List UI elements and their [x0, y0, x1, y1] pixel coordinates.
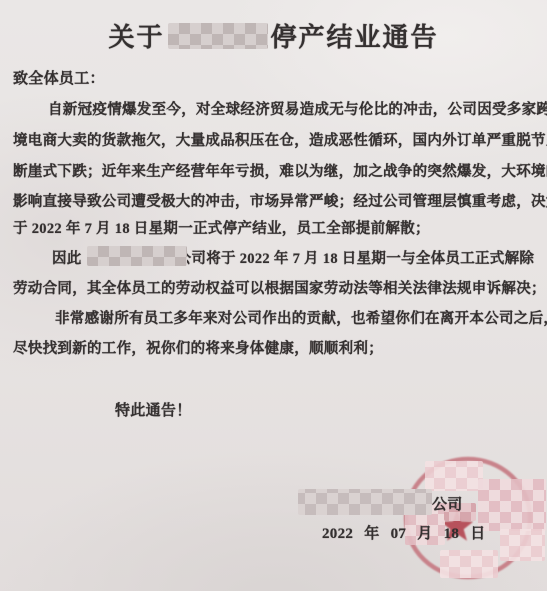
paragraph2-line1: 因此公司将于 2022 年 7 月 18 日星期一与全体员工正式解除 [52, 246, 534, 268]
paragraph2-line2: 劳动合同，其全体员工的劳动权益可以根据国家劳动法等相关法律法规申诉解决； [13, 277, 546, 298]
redacted-company-name-body [87, 246, 187, 266]
redacted-company-name-signature [298, 489, 432, 515]
paragraph1-line2: 境电商大卖的货款拖欠，大量成品积压在仓，造成恶性循环，国内外订单严重脱节呈 [13, 129, 547, 150]
seal-pixelation-right [478, 479, 546, 531]
paragraph1-line3: 断崖式下跌；近年来生产经营年年亏损，难以为继，加之战争的突然爆发，大环境的 [13, 160, 547, 181]
seal-pixelation-top [425, 461, 483, 491]
paragraph1-line4: 影响直接导致公司遭受极大的冲击，市场异常严峻；经过公司管理层慎重考虑，决定 [13, 190, 547, 211]
paragraph1-line5: 于 2022 年 7 月 18 日星期一正式停产结业，员工全部提前解散； [13, 217, 430, 238]
closing-statement: 特此通告！ [115, 399, 192, 420]
paragraph2-line1-before: 因此 [52, 251, 82, 267]
seal-pixelation-bottom [440, 550, 498, 578]
salutation: 致全体员工： [13, 67, 105, 88]
signature-company-suffix: 公司 [432, 493, 463, 514]
paragraph3-line2: 尽快找到新的工作，祝你们的将来身体健康，顺顺利利； [13, 337, 383, 358]
title-suffix: 停产结业通告 [271, 17, 439, 54]
paragraph3-line1: 非常感谢所有员工多年来对公司作出的贡献，也希望你们在离开本公司之后， [55, 307, 547, 328]
seal-pixelation-bottom-right [500, 529, 545, 561]
paragraph1-line1: 自新冠疫情爆发至今，对全球经济贸易造成无与伦比的冲击，公司因受多家跨 [48, 98, 547, 119]
paragraph2-line1-after: 公司将于 2022 年 7 月 18 日星期一与全体员工正式解除 [177, 251, 535, 267]
notice-title: 关于 停产结业通告 [0, 17, 547, 54]
title-prefix: 关于 [108, 17, 164, 54]
signature-date: 2022 年 07 月 18 日 [322, 522, 486, 543]
notice-document-photo: 关于 停产结业通告 致全体员工： 自新冠疫情爆发至今，对全球经济贸易造成无与伦比… [0, 0, 547, 591]
redacted-company-name-title [168, 23, 268, 49]
